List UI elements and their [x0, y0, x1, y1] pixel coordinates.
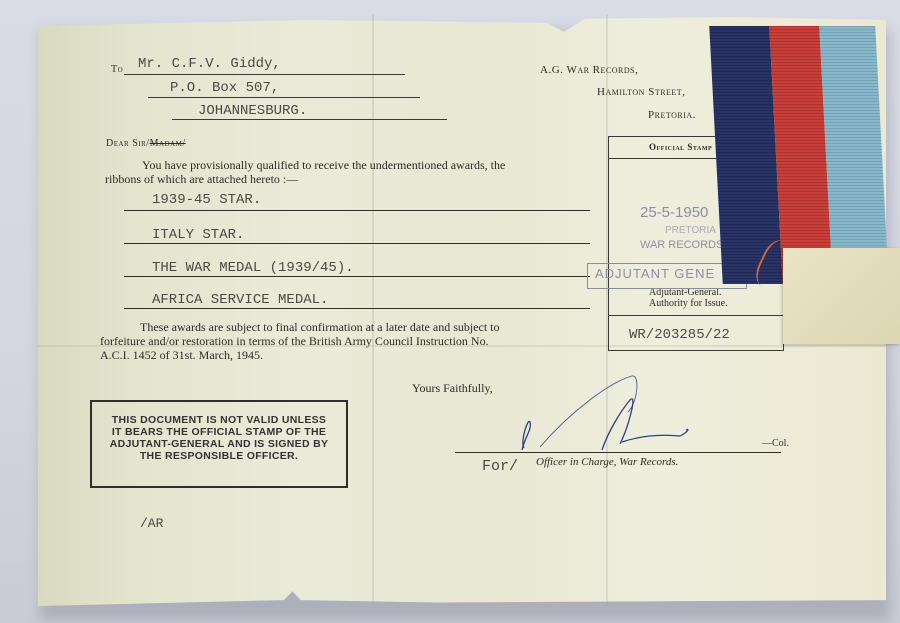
stamp-city: PRETORIA	[665, 225, 716, 236]
address-underline	[172, 119, 447, 120]
stamp-date: 25-5-1950	[640, 204, 708, 221]
signature-line	[455, 452, 781, 453]
to-label: To	[111, 64, 123, 75]
notice-line: IT BEARS THE OFFICIAL STAMP OF THE	[92, 426, 346, 438]
notice-line: THE RESPONSIBLE OFFICER.	[92, 450, 346, 462]
salutation-text: Dear Sir/	[106, 138, 150, 149]
recipient-address-2: JOHANNESBURG.	[198, 103, 307, 119]
stamp-title: ADJUTANT GENE	[595, 266, 715, 281]
award-item: AFRICA SERVICE MEDAL.	[152, 292, 328, 308]
conditions-line-3: A.C.I. 1452 of 31st. March, 1945.	[100, 348, 263, 363]
conditions-line-1: These awards are subject to final confir…	[140, 320, 500, 335]
recipient-name: Mr. C.F.V. Giddy,	[138, 56, 281, 72]
notice-line: THIS DOCUMENT IS NOT VALID UNLESS	[92, 414, 346, 426]
signatory-title: Officer in Charge, War Records.	[536, 456, 678, 468]
award-underline	[124, 243, 590, 244]
validity-notice: THIS DOCUMENT IS NOT VALID UNLESS IT BEA…	[90, 400, 348, 488]
medal-ribbon	[709, 26, 889, 284]
stamp-office: WAR RECORDS	[640, 239, 723, 251]
stamp-header: Official Stamp	[649, 142, 712, 152]
conditions-line-2: forfeiture and/or restoration in terms o…	[100, 334, 489, 349]
award-item: 1939-45 STAR.	[152, 192, 261, 208]
paper-tag	[783, 248, 900, 344]
salutation-struck: Madam/	[150, 138, 186, 149]
sender-line-3: Pretoria.	[648, 109, 696, 121]
award-item: ITALY STAR.	[152, 227, 244, 243]
address-underline	[124, 74, 405, 75]
sender-line-2: Hamilton Street,	[597, 86, 685, 98]
reference-initials: /AR	[140, 516, 163, 531]
stamp-divider	[609, 315, 783, 316]
award-item: THE WAR MEDAL (1939/45).	[152, 260, 354, 276]
intro-line-2: ribbons of which are attached hereto :—	[105, 172, 298, 187]
authority-line-2: Authority for Issue.	[649, 298, 728, 309]
recipient-address-1: P.O. Box 507,	[170, 80, 279, 96]
award-underline	[124, 210, 590, 211]
award-underline	[124, 276, 590, 277]
address-underline	[148, 97, 420, 98]
reference-number: WR/203285/22	[629, 327, 730, 343]
fold-line	[372, 14, 374, 606]
for-label: For/	[482, 458, 518, 475]
closing: Yours Faithfully,	[412, 381, 493, 396]
intro-line-1: You have provisionally qualified to rece…	[142, 158, 505, 173]
salutation: Dear Sir/Madam/	[106, 138, 186, 149]
signature-suffix: —Col.	[762, 438, 789, 449]
sender-line-1: A.G. War Records,	[540, 64, 638, 76]
notice-line: ADJUTANT-GENERAL AND IS SIGNED BY	[92, 438, 346, 450]
award-underline	[124, 308, 590, 309]
signature	[510, 372, 710, 456]
